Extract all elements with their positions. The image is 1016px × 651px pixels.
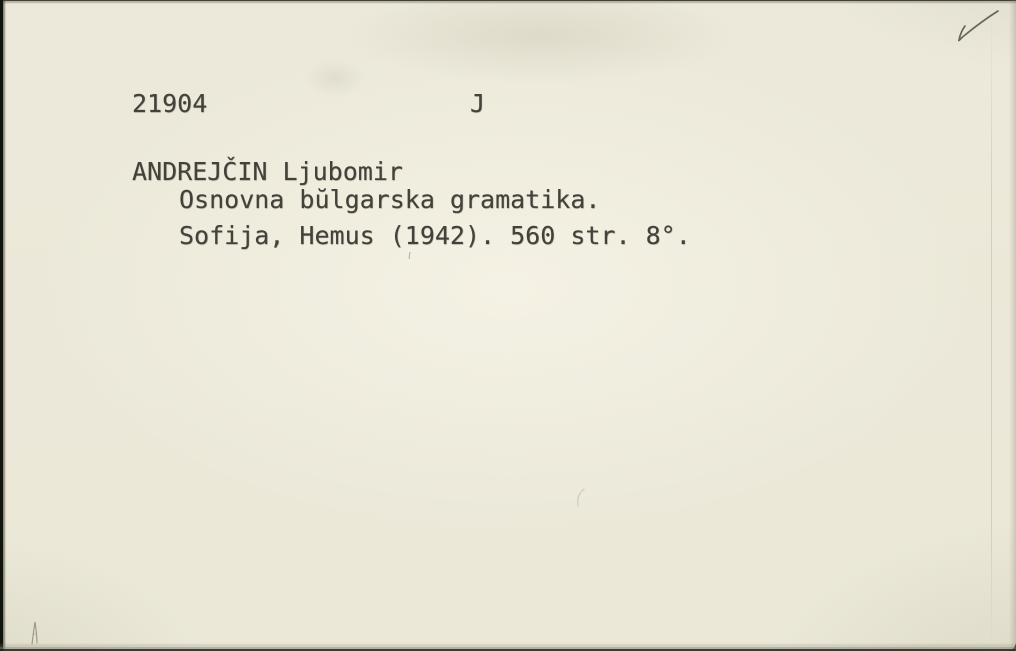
- scan-edge-bottom: [0, 643, 1016, 651]
- scan-edge-right: [1009, 0, 1016, 651]
- stray-tick-icon: [406, 250, 414, 262]
- imprint-line: Sofija, Hemus (1942). 560 str. 8°.: [179, 220, 691, 252]
- scanned-catalog-card: 21904 J ANDREJČIN Ljubomir Osnovna bŭlga…: [0, 0, 1016, 651]
- card-crease: [991, 0, 992, 651]
- checkmark-icon: [940, 2, 1010, 52]
- faint-smudge-icon: [568, 482, 598, 514]
- call-number: 21904: [132, 88, 207, 120]
- scan-edge-left: [0, 0, 6, 651]
- scan-edge-top: [0, 0, 1016, 4]
- section-letter: J: [470, 88, 485, 120]
- index-card: 21904 J ANDREJČIN Ljubomir Osnovna bŭlga…: [0, 0, 1016, 651]
- title-line: Osnovna bŭlgarska gramatika.: [179, 184, 600, 216]
